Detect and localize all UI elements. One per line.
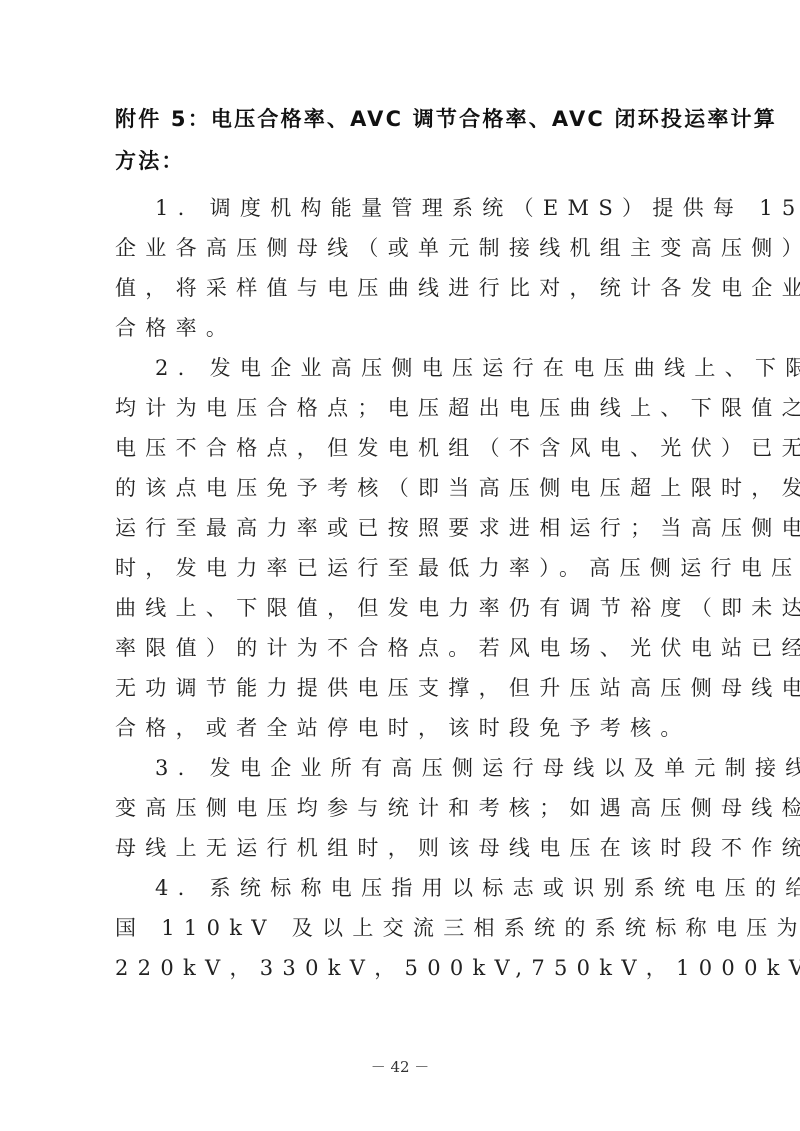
text-line: 合格率。 bbox=[115, 308, 687, 348]
text-line: 合格，或者全站停电时，该时段免予考核。 bbox=[115, 708, 687, 748]
text-line: 变高压侧电压均参与统计和考核；如遇高压侧母线检修，或该 bbox=[115, 788, 687, 828]
text-line: 值，将采样值与电压曲线进行比对，统计各发电企业母线电压 bbox=[115, 268, 687, 308]
text-line: 运行至最高力率或已按照要求进相运行；当高压侧电压超下限 bbox=[115, 508, 687, 548]
text-line: 母线上无运行机组时，则该母线电压在该时段不作统计考核。 bbox=[115, 828, 687, 868]
text-line: 电压不合格点，但发电机组（不含风电、光伏）已无调节能力 bbox=[115, 428, 687, 468]
text-line: 1. 调度机构能量管理系统（EMS）提供每 15 分钟一个发电 bbox=[115, 188, 687, 228]
text-line: 曲线上、下限值，但发电力率仍有调节裕度（即未达到发电力 bbox=[115, 588, 687, 628]
paragraph-4: 4. 系统标称电压指用以标志或识别系统电压的给定值。我 国 110kV 及以上交… bbox=[115, 868, 687, 988]
text-line: 的该点电压免予考核（即当高压侧电压超上限时，发电力率已 bbox=[115, 468, 687, 508]
text-line: 时，发电力率已运行至最低力率）。高压侧运行电压超出电压 bbox=[115, 548, 687, 588]
title-line: 附件 5：电压合格率、AVC 调节合格率、AVC 闭环投运率计算 bbox=[115, 98, 687, 140]
page-number: － 42 － bbox=[0, 1056, 800, 1077]
text-line: 220kV，330kV，500kV,750kV，1000kV。 bbox=[115, 948, 687, 988]
paragraph-3: 3. 发电企业所有高压侧运行母线以及单元制接线机组主 变高压侧电压均参与统计和考… bbox=[115, 748, 687, 868]
text-line: 国 110kV 及以上交流三相系统的系统标称电压为 110kV， bbox=[115, 908, 687, 948]
text-line: 2. 发电企业高压侧电压运行在电压曲线上、下限值之内的 bbox=[115, 348, 687, 388]
document-page: 附件 5：电压合格率、AVC 调节合格率、AVC 闭环投运率计算 方法： 1. … bbox=[115, 98, 687, 988]
text-line: 企业各高压侧母线（或单元制接线机组主变高压侧）电压采样 bbox=[115, 228, 687, 268]
title-line: 方法： bbox=[115, 140, 687, 182]
document-title: 附件 5：电压合格率、AVC 调节合格率、AVC 闭环投运率计算 方法： bbox=[115, 98, 687, 182]
text-line: 3. 发电企业所有高压侧运行母线以及单元制接线机组主 bbox=[115, 748, 687, 788]
text-line: 无功调节能力提供电压支撑，但升压站高压侧母线电压仍然不 bbox=[115, 668, 687, 708]
text-line: 均计为电压合格点；电压超出电压曲线上、下限值之外的计为 bbox=[115, 388, 687, 428]
text-line: 率限值）的计为不合格点。若风电场、光伏电站已经按照最大 bbox=[115, 628, 687, 668]
text-line: 4. 系统标称电压指用以标志或识别系统电压的给定值。我 bbox=[115, 868, 687, 908]
paragraph-1: 1. 调度机构能量管理系统（EMS）提供每 15 分钟一个发电 企业各高压侧母线… bbox=[115, 188, 687, 348]
paragraph-2: 2. 发电企业高压侧电压运行在电压曲线上、下限值之内的 均计为电压合格点；电压超… bbox=[115, 348, 687, 748]
